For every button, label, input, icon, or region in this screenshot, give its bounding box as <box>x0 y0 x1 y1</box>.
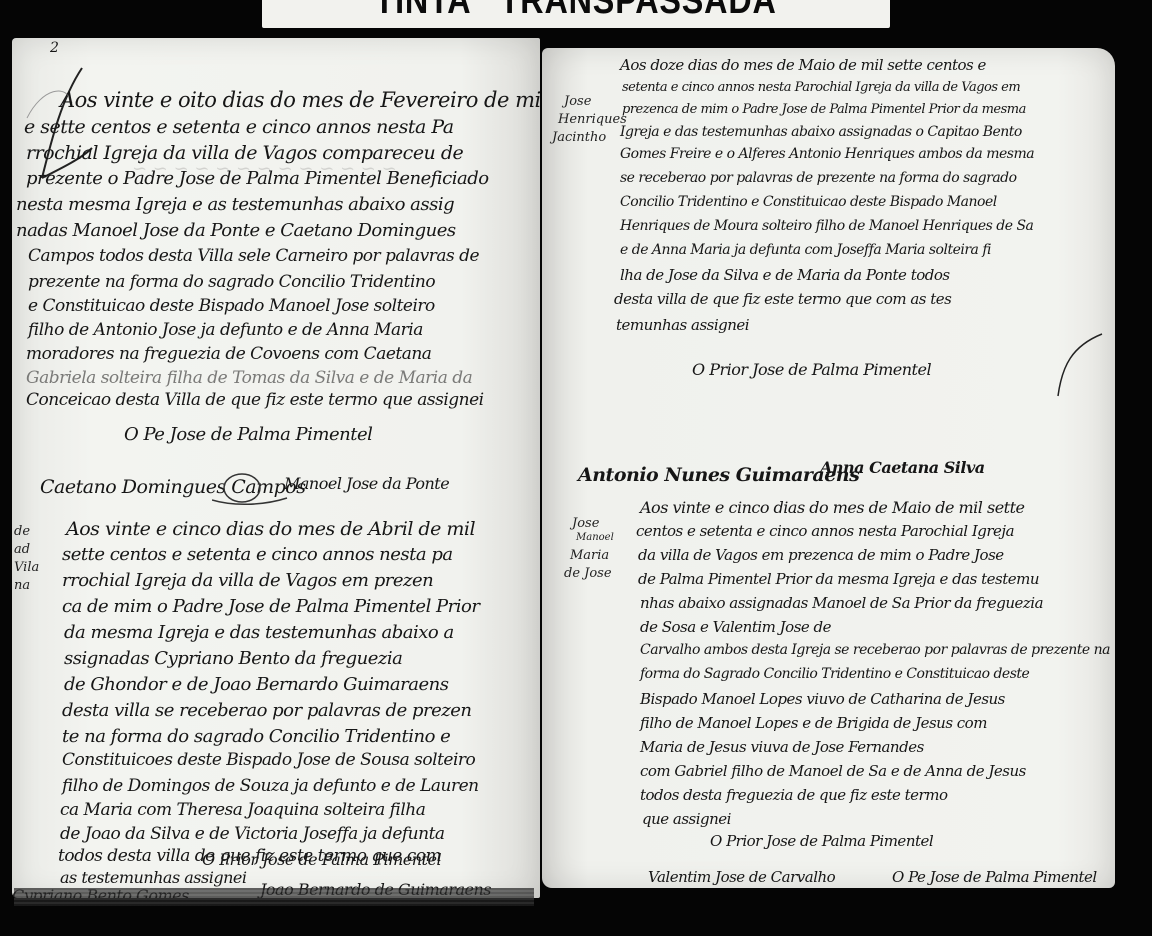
entry-line: Carvalho ambos desta Igreja se receberao… <box>640 642 1110 658</box>
entry-line: e Constituicao deste Bispado Manoel Jose… <box>28 296 435 316</box>
entry-line: nhas abaixo assignadas Manoel de Sa Prio… <box>640 594 1043 612</box>
entry-line: Aos doze dias do mes de Maio de mil sett… <box>620 56 986 74</box>
entry-line: Aos vinte e cinco dias do mes de Maio de… <box>640 498 1025 517</box>
margin-note: Vila <box>14 560 39 575</box>
entry-line: moradores na freguezia de Covoens com Ca… <box>26 344 431 364</box>
entry-line: nadas Manoel Jose da Ponte e Caetano Dom… <box>16 220 456 241</box>
right-page: Jose Henriques Jacintho Aos doze dias do… <box>542 48 1115 888</box>
witness-left: Antonio Nunes Guimaraens <box>578 464 859 486</box>
entry-line: Aos vinte e cinco dias do mes de Abril d… <box>66 518 475 540</box>
entry-line: Igreja e das testemunhas abaixo assignad… <box>620 124 1022 140</box>
entry-line: rrochial Igreja da villa de Vagos compar… <box>26 142 463 164</box>
margin-note: Henriques <box>558 112 627 127</box>
entry-line: filho de Antonio Jose ja defunto e de An… <box>28 320 423 340</box>
entry-line: de Sosa e Valentim Jose de <box>640 618 831 636</box>
entry-line: temunhas assignei <box>616 316 749 334</box>
entry-line: rrochial Igreja da villa de Vagos em pre… <box>62 570 433 591</box>
margin-note: Jose <box>572 516 599 531</box>
entry-line: Conceicao desta Villa de que fiz este te… <box>26 390 484 410</box>
page-number: 2 <box>50 40 58 56</box>
entry-line: Bispado Manoel Lopes viuvo de Catharina … <box>640 690 1005 708</box>
margin-note: Jacintho <box>552 130 606 145</box>
entry-line: as testemunhas assignei <box>60 868 246 887</box>
entry-line: Gomes Freire e o Alferes Antonio Henriqu… <box>620 146 1034 162</box>
entry-line: de Joao da Silva e de Victoria Joseffa j… <box>60 824 445 844</box>
entry-line: da villa de Vagos em prezenca de mim o P… <box>638 546 1004 564</box>
entry-line: te na forma do sagrado Concilio Tridenti… <box>62 726 450 747</box>
pen-stroke-icon <box>1022 326 1112 406</box>
entry-line: que assignei <box>642 810 731 828</box>
entry-line: setenta e cinco annos nesta Parochial Ig… <box>622 80 1020 95</box>
entry-line: de Ghondor e de Joao Bernardo Guimaraens <box>64 674 448 695</box>
entry-line: Henriques de Moura solteiro filho de Man… <box>620 218 1033 234</box>
entry-line: desta villa se receberao por palavras de… <box>62 700 471 721</box>
entry-line: Maria de Jesus viuva de Jose Fernandes <box>640 738 924 756</box>
archive-label-text: TINTA TRANSPASSADA <box>375 0 777 20</box>
entry-line: ca Maria com Theresa Joaquina solteira f… <box>60 800 425 820</box>
margin-note: Jose <box>564 94 591 109</box>
signature: O Pe Jose de Palma Pimentel <box>124 424 372 445</box>
entry-line: sette centos e setenta e cinco annos nes… <box>62 544 453 565</box>
entry-line: com Gabriel filho de Manoel de Sa e de A… <box>640 762 1026 780</box>
entry-line: filho de Domingos de Souza ja defunto e … <box>62 776 479 796</box>
entry-line: centos e setenta e cinco annos nesta Par… <box>636 522 1014 540</box>
margin-note: de <box>14 524 30 539</box>
entry-line: desta villa de que fiz este termo que co… <box>614 290 951 308</box>
witness-right: Manoel Jose da Ponte <box>284 474 449 493</box>
signature: O Prior Jose de Palma Pimentel <box>202 850 441 869</box>
margin-note: na <box>14 578 30 593</box>
entry-line: ca de mim o Padre Jose de Palma Pimentel… <box>62 596 479 617</box>
seal-flourish-icon <box>212 468 292 518</box>
signature: O Prior Jose de Palma Pimentel <box>692 360 931 379</box>
margin-note: de Jose <box>564 566 612 581</box>
entry-line: e sette centos e setenta e cinco annos n… <box>24 116 454 138</box>
margin-note: Maria <box>570 548 609 563</box>
entry-line: ssignadas Cypriano Bento da freguezia <box>64 648 402 669</box>
entry-line: prezenca de mim o Padre Jose de Palma Pi… <box>622 102 1026 117</box>
entry-line: todos desta freguezia de que fiz este te… <box>640 786 947 804</box>
signature: Valentim Jose de Carvalho <box>648 868 835 886</box>
margin-note: Manoel <box>576 532 614 543</box>
entry-line: Campos todos desta Villa sele Carneiro p… <box>28 246 479 266</box>
entry-line: Concilio Tridentino e Constituicao deste… <box>620 194 997 210</box>
entry-line: Constituicoes deste Bispado Jose de Sous… <box>62 750 475 770</box>
signature: O Pe Jose de Palma Pimentel <box>892 868 1097 886</box>
entry-line: filho de Manoel Lopes e de Brigida de Je… <box>640 714 987 732</box>
entry-line: Gabriela solteira filha de Tomas da Silv… <box>26 368 472 388</box>
entry-line: se receberao por palavras de prezente na… <box>620 170 1017 186</box>
entry-line: Aos vinte e oito dias do mes de Fevereir… <box>60 88 540 112</box>
left-page: 2 ~ ~ ~ ~ ~ ~ ~ ~ ~ ~ ~ ~ ~ Aos vinte e … <box>12 38 540 898</box>
entry-line: da mesma Igreja e das testemunhas abaixo… <box>64 622 454 643</box>
entry-line: de Palma Pimentel Prior da mesma Igreja … <box>638 570 1039 588</box>
signature: O Prior Jose de Palma Pimentel <box>710 832 933 850</box>
archive-label: TINTA TRANSPASSADA <box>262 0 890 28</box>
page-stack-edge <box>14 888 534 906</box>
margin-note: ad <box>14 542 30 557</box>
entry-line: lha de Jose da Silva e de Maria da Ponte… <box>620 266 950 284</box>
entry-line: forma do Sagrado Concilio Tridentino e C… <box>640 666 1029 682</box>
entry-line: nesta mesma Igreja e as testemunhas abai… <box>16 194 454 215</box>
entry-line: e de Anna Maria ja defunta com Joseffa M… <box>620 242 991 258</box>
witness-right: Anna Caetana Silva <box>820 458 985 477</box>
entry-line: prezente na forma do sagrado Concilio Tr… <box>28 272 435 292</box>
entry-line: prezente o Padre Jose de Palma Pimentel … <box>26 168 489 189</box>
